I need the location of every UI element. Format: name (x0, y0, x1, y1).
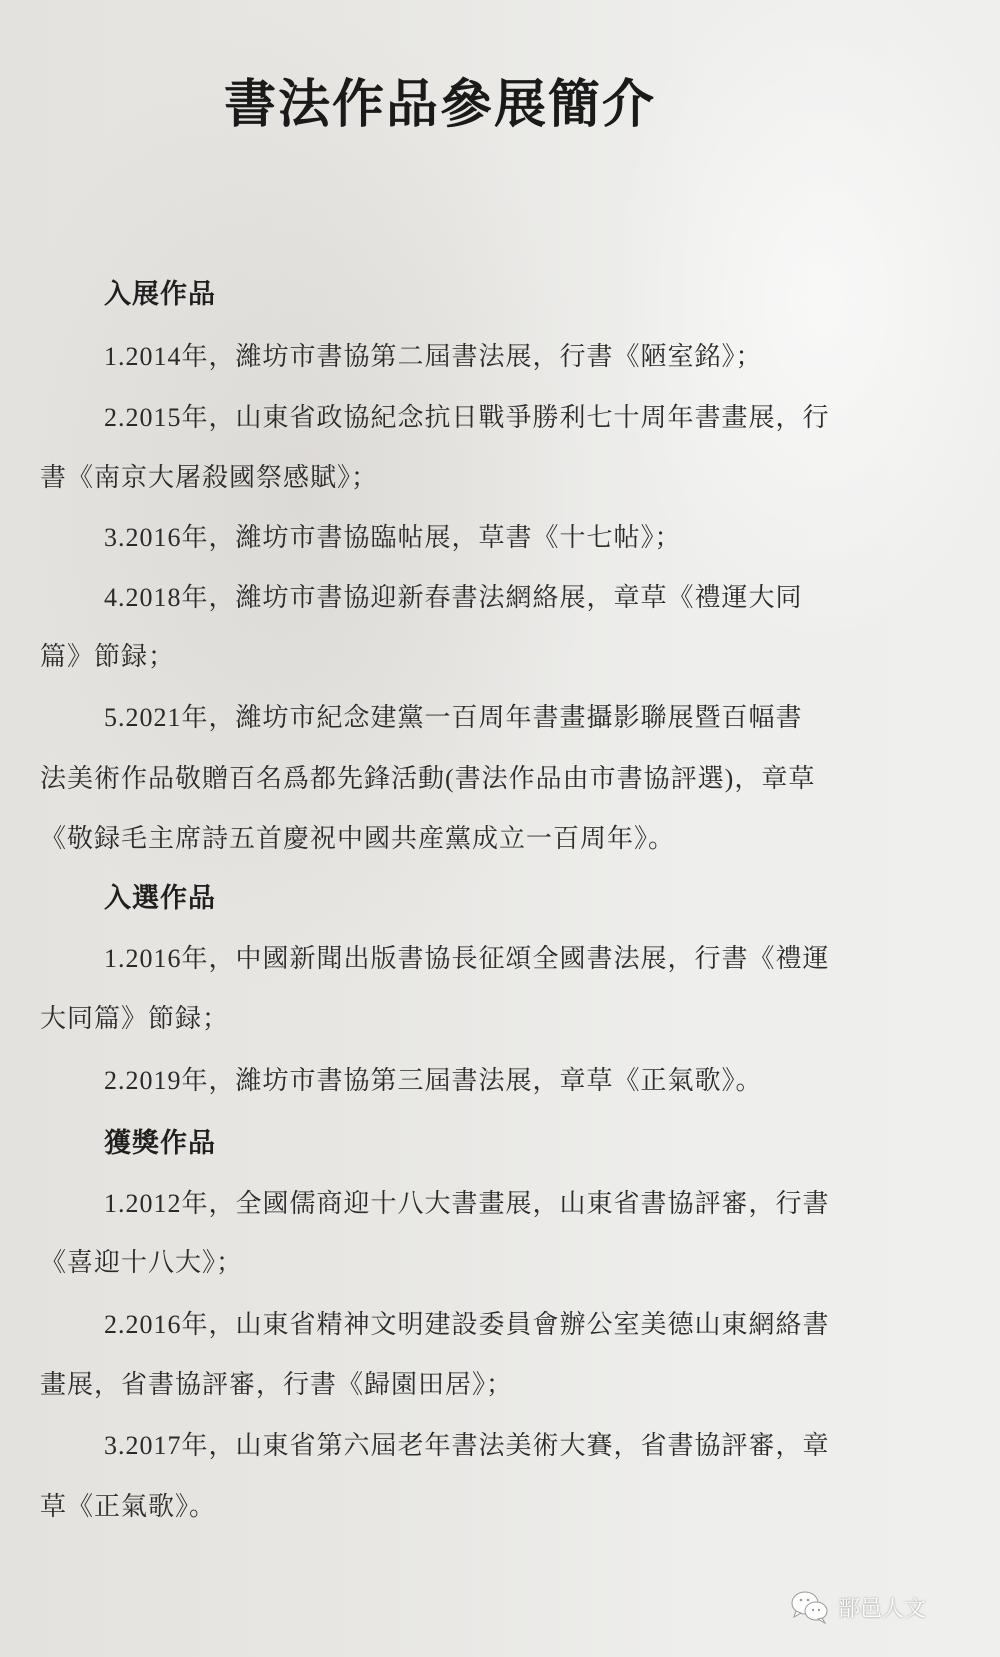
entry-line: 1.2016年，中國新聞出版書協長征頌全國書法展，行書《禮運 (104, 938, 830, 975)
entry-line-continued: 草《正氣歌》。 (40, 1486, 216, 1523)
section-heading-selected: 入選作品 (104, 876, 216, 915)
entry-line: 2.2016年，山東省精神文明建設委員會辦公室美德山東網絡書 (104, 1304, 830, 1341)
entry-line-continued: 《喜迎十八大》； (40, 1242, 243, 1279)
entry-line: 4.2018年，濰坊市書協迎新春書法網絡展，章草《禮運大同 (104, 577, 803, 614)
entry-line-continued: 畫展，省書協評審，行書《歸園田居》； (40, 1364, 513, 1401)
entry-line: 5.2021年，濰坊市紀念建黨一百周年書畫攝影聯展暨百幅書 (104, 697, 803, 734)
entry-line-continued: 書《南京大屠殺國祭感賦》； (40, 457, 378, 494)
wechat-icon (790, 1590, 830, 1624)
entry-line-continued: 法美術作品敬贈百名爲都先鋒活動(書法作品由市書協評選)，章草 (40, 758, 815, 795)
entry-line: 2.2019年，濰坊市書協第三屆書法展，章草《正氣歌》。 (104, 1060, 763, 1097)
entry-line: 3.2017年，山東省第六屆老年書法美術大賽，省書協評審，章 (104, 1425, 830, 1462)
entry-line: 3.2016年，濰坊市書協臨帖展，草書《十七帖》； (104, 517, 682, 554)
document-page: 書法作品參展簡介 入展作品 1.2014年，濰坊市書協第二屆書法展，行書《陋室銘… (0, 0, 946, 1657)
entry-line: 2.2015年，山東省政協紀念抗日戰爭勝利七十周年書畫展，行 (104, 397, 830, 434)
entry-line-continued: 大同篇》節録； (40, 998, 229, 1035)
section-heading-exhibited: 入展作品 (104, 272, 216, 311)
watermark-text: 鄑邑人文 (838, 1592, 926, 1623)
entry-line: 1.2012年，全國儒商迎十八大書畫展，山東省書協評審，行書 (104, 1183, 830, 1220)
section-heading-awarded: 獲獎作品 (104, 1121, 216, 1160)
page-title: 書法作品參展簡介 (0, 62, 880, 137)
entry-line-continued: 篇》節録； (40, 636, 175, 673)
watermark: 鄑邑人文 (790, 1590, 926, 1624)
entry-line-continued: 《敬録毛主席詩五首慶祝中國共産黨成立一百周年》。 (40, 818, 675, 855)
entry-line: 1.2014年，濰坊市書協第二屆書法展，行書《陋室銘》； (104, 336, 763, 373)
